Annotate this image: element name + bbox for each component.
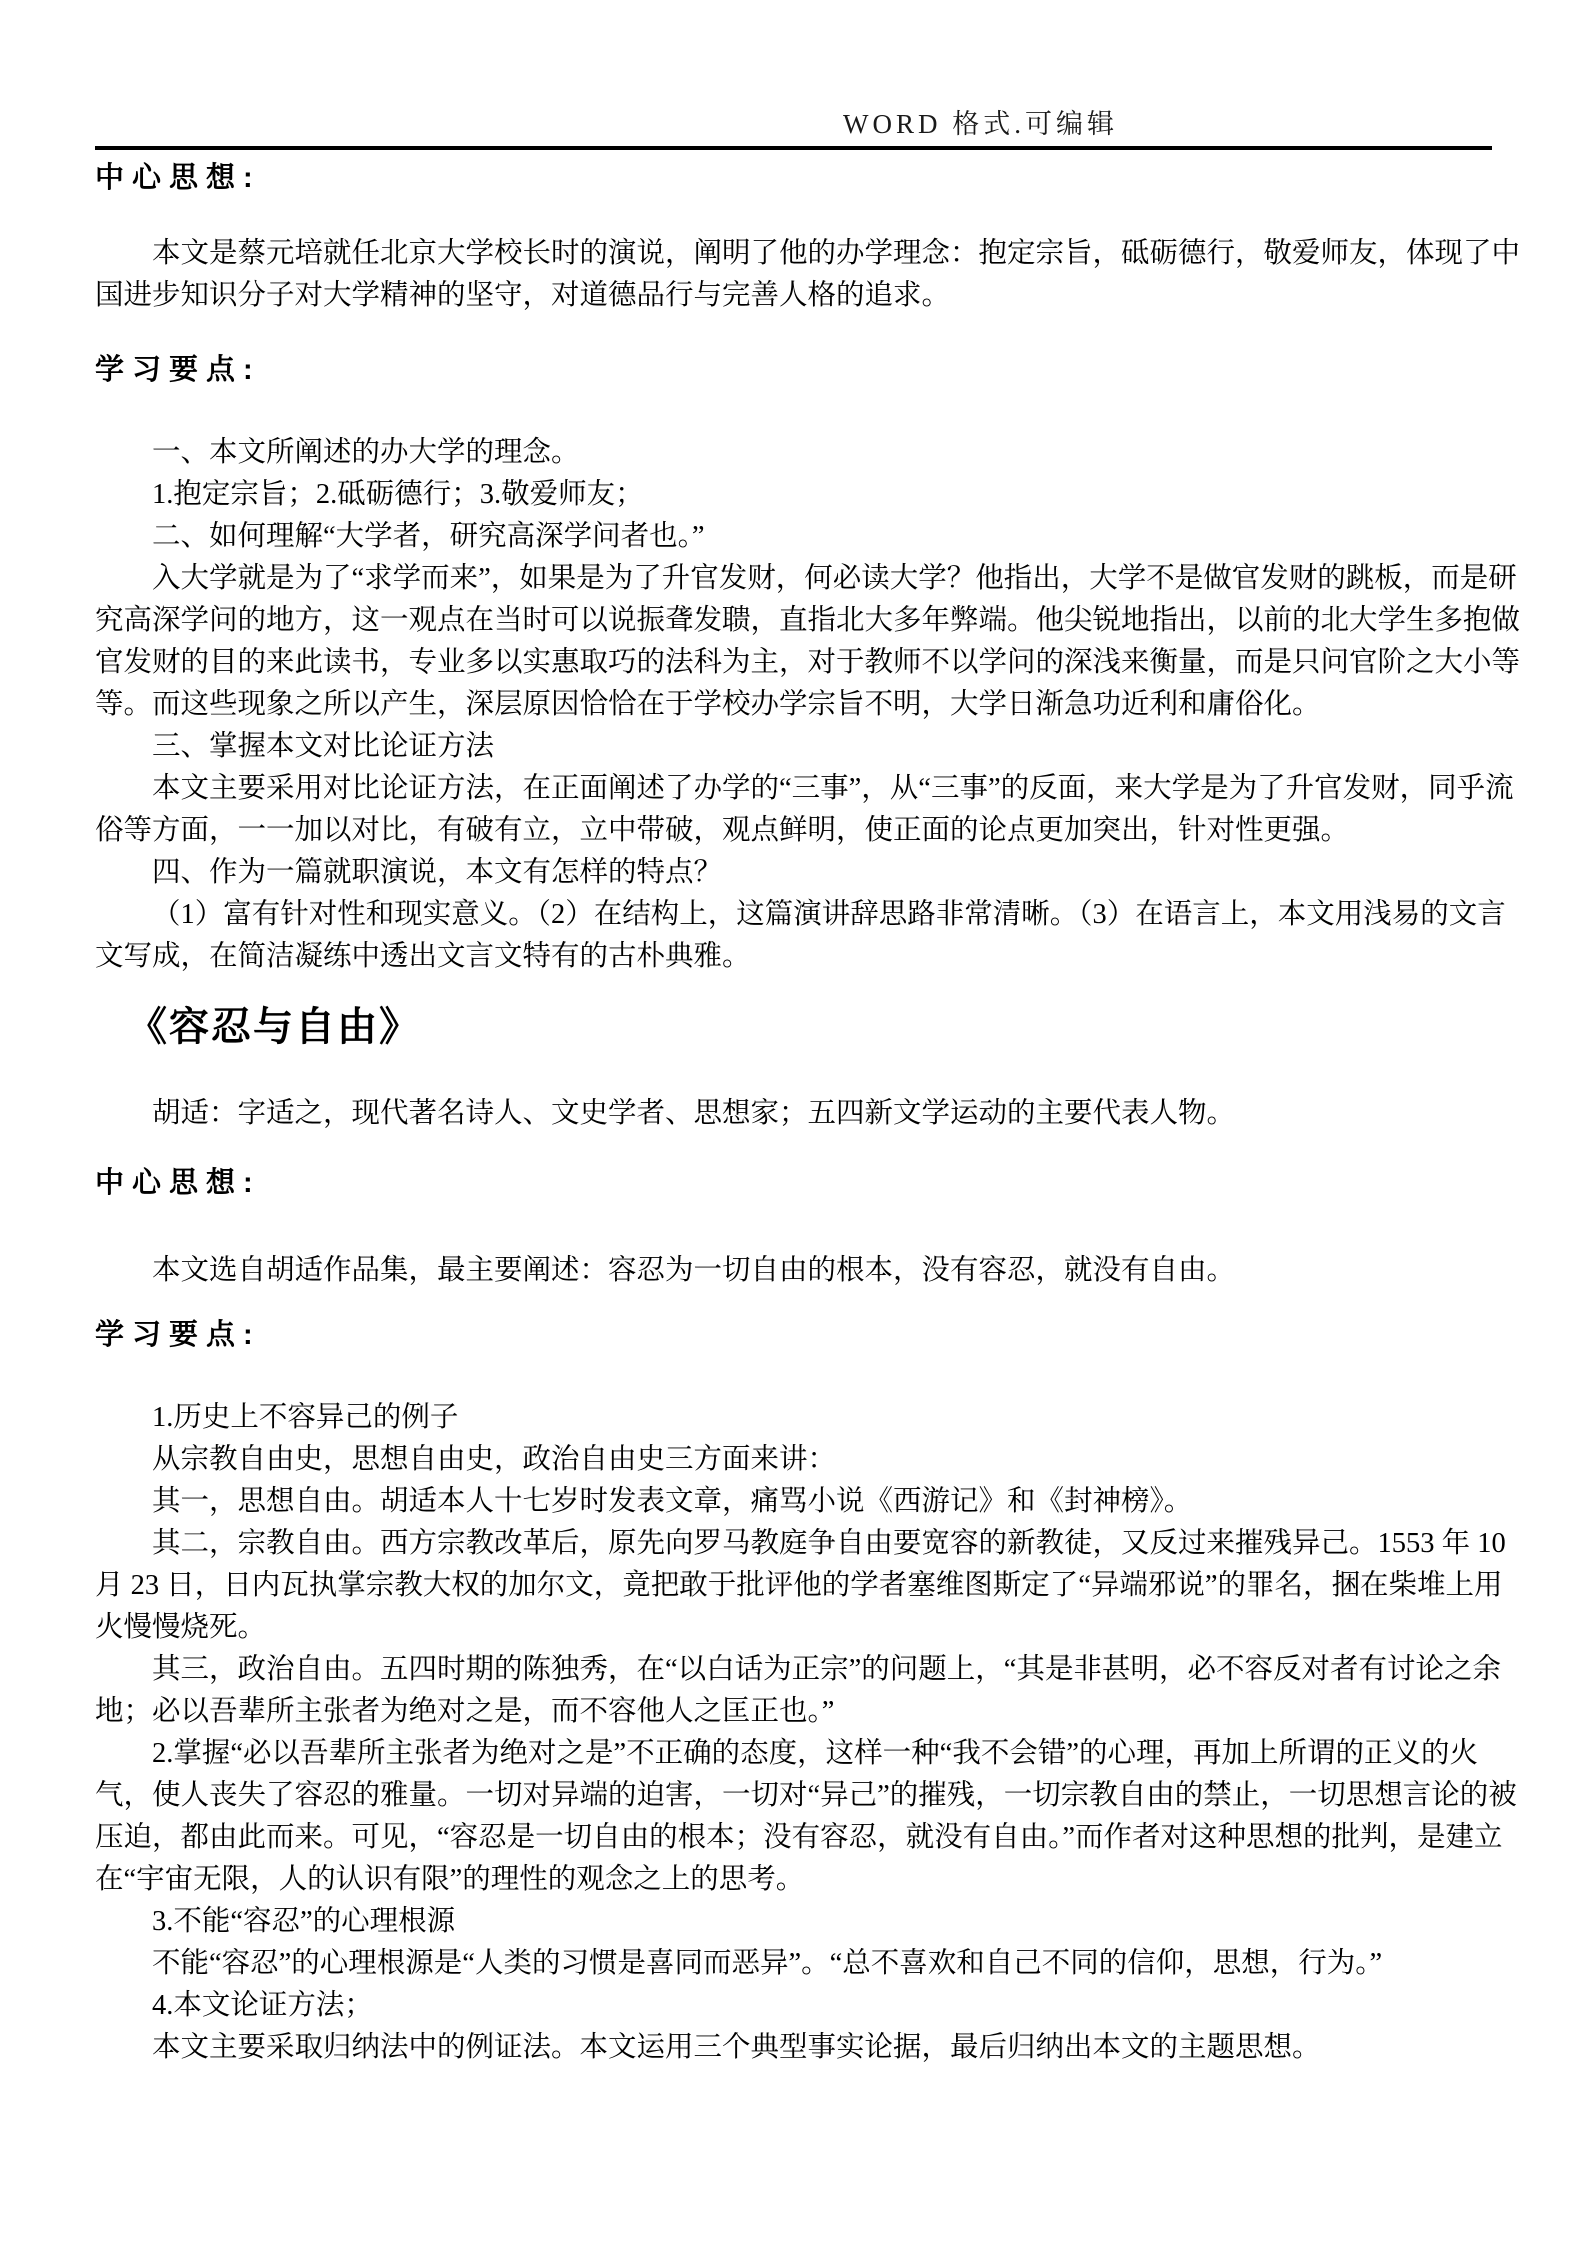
- study-point: 其一，思想自由。胡适本人十七岁时发表文章，痛骂小说《西游记》和《封神榜》。: [95, 1481, 1527, 1523]
- central-idea-paragraph-2: 本文选自胡适作品集，最主要阐述：容忍为一切自由的根本，没有容忍，就没有自由。: [95, 1250, 1527, 1292]
- study-points-list-1: 一、本文所阐述的办大学的理念。 1.抱定宗旨；2.砥砺德行；3.敬爱师友； 二、…: [95, 432, 1527, 978]
- header-watermark: WORD 格式.可编辑: [843, 108, 1492, 140]
- study-point: 入大学就是为了“求学而来”，如果是为了升官发财，何必读大学？他指出，大学不是做官…: [95, 558, 1527, 726]
- study-point: 一、本文所阐述的办大学的理念。: [95, 432, 1527, 474]
- study-point: 其三，政治自由。五四时期的陈独秀，在“以白话为正宗”的问题上，“其是非甚明，必不…: [95, 1649, 1527, 1733]
- document-title: 《容忍与自由》: [127, 1002, 1527, 1052]
- study-point: 三、掌握本文对比论证方法: [95, 726, 1527, 768]
- study-points-list-2: 1.历史上不容异己的例子 从宗教自由史，思想自由史，政治自由史三方面来讲： 其一…: [95, 1397, 1527, 2069]
- central-idea-paragraph-1: 本文是蔡元培就任北京大学校长时的演说，阐明了他的办学理念：抱定宗旨，砥砺德行，敬…: [95, 233, 1527, 317]
- study-point: 二、如何理解“大学者，研究高深学问者也。”: [95, 516, 1527, 558]
- page-header: WORD 格式.可编辑: [95, 0, 1492, 150]
- document-body: 中心思想: 本文是蔡元培就任北京大学校长时的演说，阐明了他的办学理念：抱定宗旨，…: [95, 160, 1527, 2069]
- author-intro-paragraph: 胡适：字适之，现代著名诗人、文史学者、思想家；五四新文学运动的主要代表人物。: [95, 1093, 1527, 1135]
- study-point: （1）富有针对性和现实意义。（2）在结构上，这篇演讲辞思路非常清晰。（3）在语言…: [95, 894, 1527, 978]
- study-point: 其二，宗教自由。西方宗教改革后，原先向罗马教庭争自由要宽容的新教徒，又反过来摧残…: [95, 1523, 1527, 1649]
- study-point: 1.历史上不容异己的例子: [95, 1397, 1527, 1439]
- study-point: 四、作为一篇就职演说，本文有怎样的特点？: [95, 852, 1527, 894]
- heading-study-points-1: 学习要点:: [95, 352, 1527, 388]
- study-point: 本文主要采用对比论证方法，在正面阐述了办学的“三事”，从“三事”的反面，来大学是…: [95, 768, 1527, 852]
- heading-central-idea-2: 中心思想:: [95, 1165, 1527, 1201]
- heading-central-idea-1: 中心思想:: [95, 160, 1527, 196]
- study-point: 从宗教自由史，思想自由史，政治自由史三方面来讲：: [95, 1439, 1527, 1481]
- study-point: 1.抱定宗旨；2.砥砺德行；3.敬爱师友；: [95, 474, 1527, 516]
- study-point: 3.不能“容忍”的心理根源: [95, 1901, 1527, 1943]
- document-page: WORD 格式.可编辑 中心思想: 本文是蔡元培就任北京大学校长时的演说，阐明了…: [0, 0, 1587, 2245]
- study-point: 2.掌握“必以吾辈所主张者为绝对之是”不正确的态度，这样一种“我不会错”的心理，…: [95, 1733, 1527, 1901]
- heading-study-points-2: 学习要点:: [95, 1317, 1527, 1353]
- study-point: 本文主要采取归纳法中的例证法。本文运用三个典型事实论据，最后归纳出本文的主题思想…: [95, 2027, 1527, 2069]
- study-point: 不能“容忍”的心理根源是“人类的习惯是喜同而恶异”。“总不喜欢和自己不同的信仰，…: [95, 1943, 1527, 1985]
- study-point: 4.本文论证方法；: [95, 1985, 1527, 2027]
